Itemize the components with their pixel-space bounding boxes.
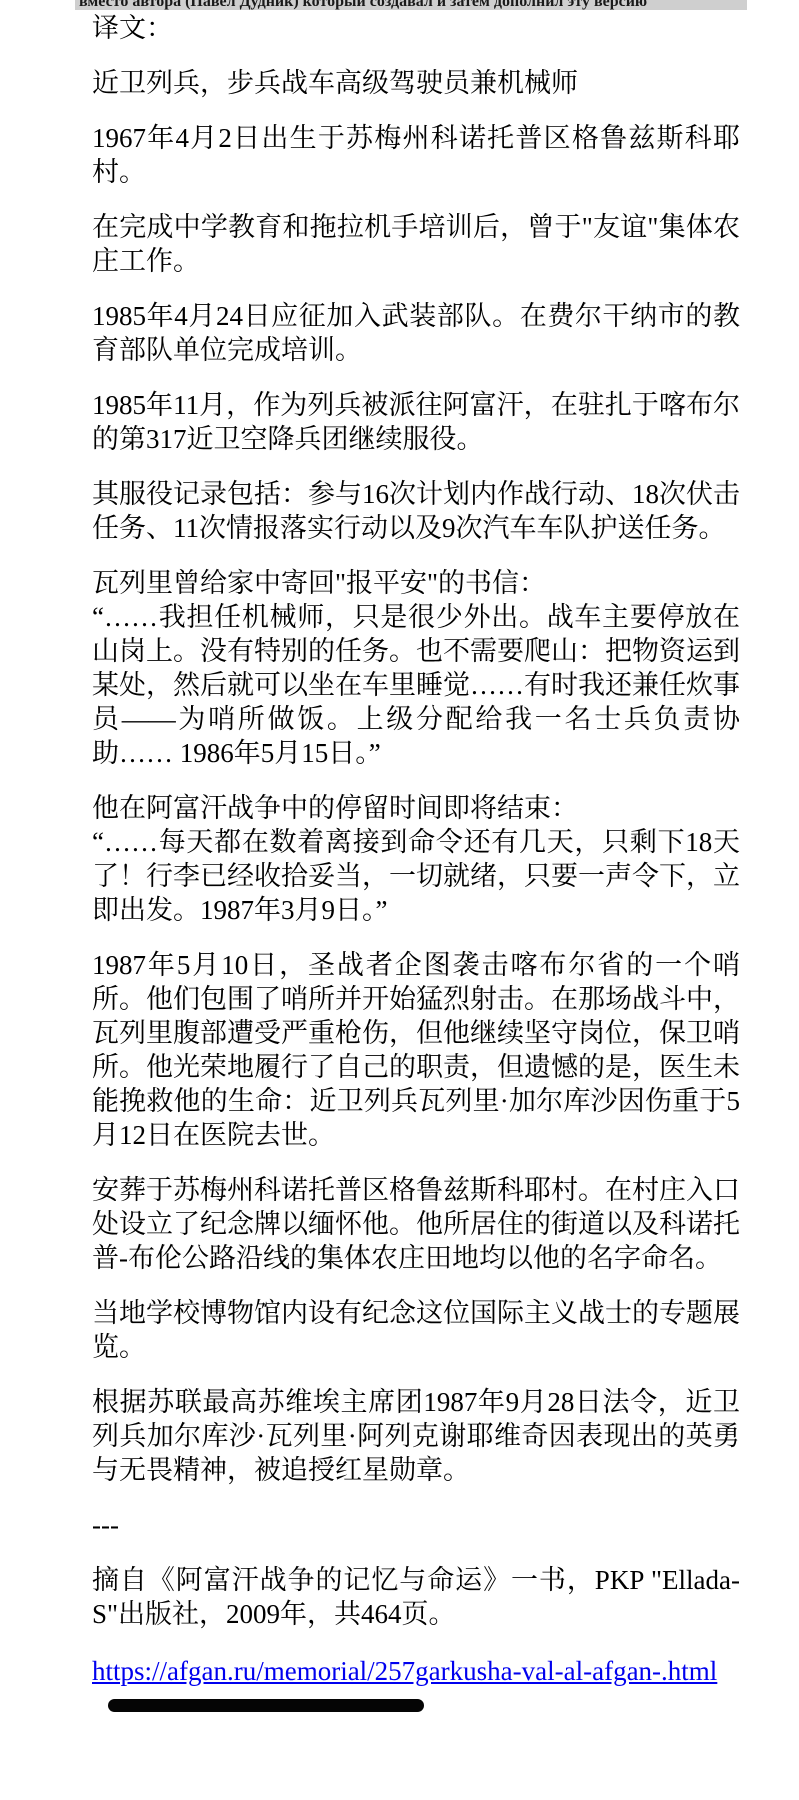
paragraph-service-record: 其服役记录包括：参与16次计划内作战行动、18次伏击任务、11次情报落实行动以及… — [92, 477, 740, 545]
source-citation: 摘自《阿富汗战争的记忆与命运》一书，PKP "Ellada-S"出版社，2009… — [92, 1563, 740, 1631]
paragraph-education: 在完成中学教育和拖拉机手培训后，曾于"友谊"集体农庄工作。 — [92, 210, 740, 278]
redaction-bar — [108, 1699, 424, 1712]
clipped-russian-caption-text: вместо автора (Павел Дудник) который соз… — [75, 0, 647, 10]
document-body: 译文：近卫列兵，步兵战车高级驾驶员兼机械师1967年4月2日出生于苏梅州科诺托普… — [92, 11, 740, 1749]
paragraph-final-battle: 1987年5月10日，圣战者企图袭击喀布尔省的一个哨所。他们包围了哨所并开始猛烈… — [92, 948, 740, 1152]
paragraph-letter-quote: “……我担任机械师，只是很少外出。战车主要停放在山岗上。没有特别的任务。也不需要… — [92, 600, 740, 770]
paragraph-countdown-quote: “……每天都在数着离接到命令还有几天，只剩下18天了！行李已经收拾妥当，一切就绪… — [92, 825, 740, 927]
paragraph-rank-title: 近卫列兵，步兵战车高级驾驶员兼机械师 — [92, 66, 740, 100]
translation-label: 译文： — [92, 11, 740, 45]
clipped-russian-caption: вместо автора (Павел Дудник) который соз… — [75, 0, 747, 10]
paragraph-deployment: 1985年11月，作为列兵被派往阿富汗，在驻扎于喀布尔的第317近卫空降兵团继续… — [92, 388, 740, 456]
paragraph-museum: 当地学校博物馆内设有纪念这位国际主义战士的专题展览。 — [92, 1296, 740, 1364]
paragraph-conscription: 1985年4月24日应征加入武装部队。在费尔干纳市的教育部队单位完成培训。 — [92, 299, 740, 367]
paragraph-burial: 安葬于苏梅州科诺托普区格鲁兹斯科耶村。在村庄入口处设立了纪念牌以缅怀他。他所居住… — [92, 1173, 740, 1275]
link-line: https://afgan.ru/memorial/257garkusha-va… — [92, 1652, 740, 1728]
paragraph-list: 译文：近卫列兵，步兵战车高级驾驶员兼机械师1967年4月2日出生于苏梅州科诺托普… — [92, 11, 740, 1631]
paragraph-birth: 1967年4月2日出生于苏梅州科诺托普区格鲁兹斯科耶村。 — [92, 121, 740, 189]
paragraph-award: 根据苏联最高苏维埃主席团1987年9月28日法令，近卫列兵加尔库沙·瓦列里·阿列… — [92, 1385, 740, 1487]
divider: --- — [92, 1508, 740, 1542]
paragraph-letter-intro: 瓦列里曾给家中寄回"报平安"的书信： — [92, 566, 740, 600]
paragraph-countdown-intro: 他在阿富汗战争中的停留时间即将结束： — [92, 791, 740, 825]
memorial-link[interactable]: https://afgan.ru/memorial/257garkusha-va… — [92, 1656, 717, 1686]
